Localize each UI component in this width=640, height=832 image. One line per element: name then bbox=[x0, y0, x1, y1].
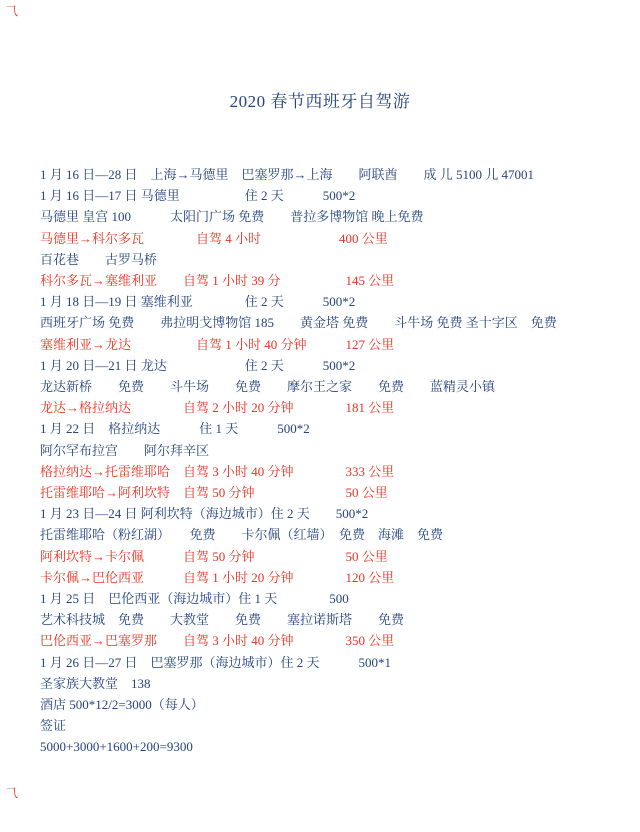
text-line: 1 月 22 日 格拉纳达 住 1 天 500*2 bbox=[40, 418, 628, 439]
page-title: 2020 春节西班牙自驾游 bbox=[0, 87, 640, 112]
text-line: 签证 bbox=[40, 715, 628, 736]
text-line: 巴伦西亚→巴塞罗那 自驾 3 小时 40 分钟 350 公里 bbox=[40, 630, 628, 651]
text-line: 百花巷 古罗马桥 bbox=[40, 249, 628, 270]
text-line: 1 月 20 日—21 日 龙达 住 2 天 500*2 bbox=[40, 355, 628, 376]
document-page: ⺄ 2020 春节西班牙自驾游 1 月 16 日—28 日 上海→马德里 巴塞罗… bbox=[0, 0, 640, 832]
text-line: 圣家族大教堂 138 bbox=[40, 673, 628, 694]
text-line: 龙达→格拉纳达 自驾 2 小时 20 分钟 181 公里 bbox=[40, 397, 628, 418]
text-line: 托雷维耶哈（粉红湖） 免费 卡尔佩（红墙） 免费 海滩 免费 bbox=[40, 524, 628, 545]
text-line: 1 月 18 日—19 日 塞维利亚 住 2 天 500*2 bbox=[40, 291, 628, 312]
text-line: 1 月 16 日—28 日 上海→马德里 巴塞罗那→上海 阿联酋 成 儿 510… bbox=[40, 164, 628, 185]
document-body: 1 月 16 日—28 日 上海→马德里 巴塞罗那→上海 阿联酋 成 儿 510… bbox=[40, 164, 628, 758]
text-line: 1 月 25 日 巴伦西亚（海边城市）住 1 天 500 bbox=[40, 588, 628, 609]
text-line: 塞维利亚→龙达 自驾 1 小时 40 分钟 127 公里 bbox=[40, 334, 628, 355]
text-line: 艺术科技城 免费 大教堂 免费 塞拉诺斯塔 免费 bbox=[40, 609, 628, 630]
text-line: 西班牙广场 免费 弗拉明戈博物馆 185 黄金塔 免费 斗牛场 免费 圣十字区 … bbox=[40, 312, 628, 333]
text-line: 卡尔佩→巴伦西亚 自驾 1 小时 20 分钟 120 公里 bbox=[40, 567, 628, 588]
text-line: 马德里→科尔多瓦 自驾 4 小时 400 公里 bbox=[40, 228, 628, 249]
text-line: 酒店 500*12/2=3000（每人） bbox=[40, 694, 628, 715]
text-line: 5000+3000+1600+200=9300 bbox=[40, 736, 628, 757]
text-line: 格拉纳达→托雷维耶哈 自驾 3 小时 40 分钟 333 公里 bbox=[40, 461, 628, 482]
text-line: 马德里 皇宫 100 太阳门广场 免费 普拉多博物馆 晚上免费 bbox=[40, 206, 628, 227]
text-line: 1 月 26 日—27 日 巴塞罗那（海边城市）住 2 天 500*1 bbox=[40, 652, 628, 673]
text-line: 科尔多瓦→塞维利亚 自驾 1 小时 39 分 145 公里 bbox=[40, 270, 628, 291]
text-line: 龙达新桥 免费 斗牛场 免费 摩尔王之家 免费 蓝精灵小镇 bbox=[40, 376, 628, 397]
text-line: 托雷维耶哈→阿利坎特 自驾 50 分钟 50 公里 bbox=[40, 482, 628, 503]
text-line: 1 月 16 日—17 日 马德里 住 2 天 500*2 bbox=[40, 185, 628, 206]
text-line: 阿利坎特→卡尔佩 自驾 50 分钟 50 公里 bbox=[40, 546, 628, 567]
corner-mark-top: ⺄ bbox=[6, 5, 18, 17]
corner-mark-bottom: ⺄ bbox=[6, 787, 18, 799]
text-line: 1 月 23 日—24 日 阿利坎特（海边城市）住 2 天 500*2 bbox=[40, 503, 628, 524]
text-line: 阿尔罕布拉宫 阿尔拜辛区 bbox=[40, 440, 628, 461]
